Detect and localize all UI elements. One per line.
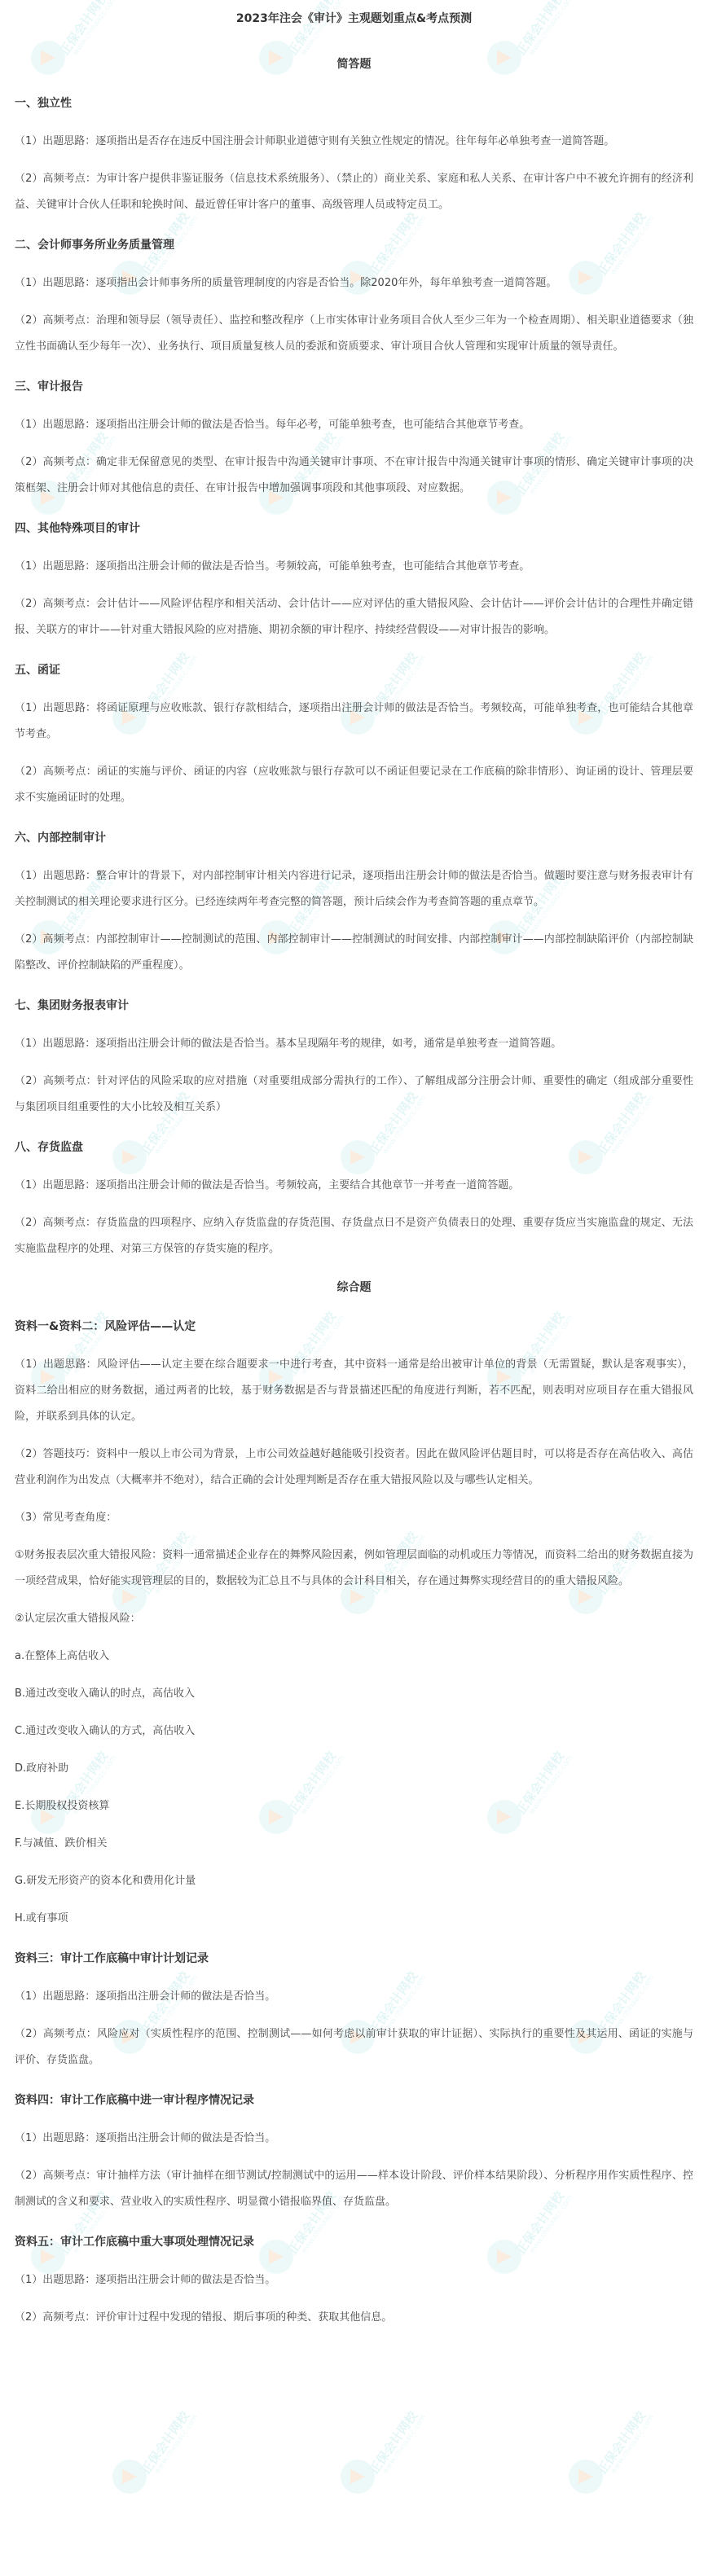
section-heading: 三、审计报告 [15, 378, 693, 394]
section-material-1-2: 资料一&资料二：风险评估——认定 （1）出题思路：风险评估——认定主要在综合题要… [15, 1318, 693, 1932]
paragraph: （1）出题思路：逐项指出注册会计师的做法是否恰当。 [15, 1984, 693, 2010]
section-material-4: 资料四：审计工作底稿中进一审计程序情况记录 （1）出题思路：逐项指出注册会计师的… [15, 2091, 693, 2215]
paragraph: （2）高频考点：风险应对（实质性程序的范围、控制测试——如何考虑以前审计获取的审… [15, 2021, 693, 2074]
watermark-logo-icon: 正保会计网校www.chinaacc.com [334, 2411, 456, 2500]
paragraph: （2）高频考点：内部控制审计——控制测试的范围、内部控制审计——控制测试的时间安… [15, 927, 693, 979]
watermark-logo-icon: 正保会计网校www.chinaacc.com [562, 2411, 684, 2500]
list-item: a.在整体上高估收入 [15, 1643, 693, 1670]
section-heading: 七、集团财务报表审计 [15, 997, 693, 1013]
section-heading: 四、其他特殊项目的审计 [15, 520, 693, 536]
section-heading: 二、会计师事务所业务质量管理 [15, 236, 693, 252]
section-heading: 五、函证 [15, 661, 693, 678]
section-confirmation: 五、函证 （1）出题思路：将函证原理与应收账款、银行存款相结合，逐项指出注册会计… [15, 661, 693, 811]
list-item: B.通过改变收入确认的时点，高估收入 [15, 1681, 693, 1707]
document-title: 2023年注会《审计》主观题划重点&考点预测 [15, 0, 693, 39]
section-internal-control: 六、内部控制审计 （1）出题思路：整合审计的背景下，对内部控制审计相关内容进行记… [15, 829, 693, 979]
list-item: G.研发无形资产的资本化和费用化计量 [15, 1868, 693, 1894]
assertion-risk-list: a.在整体上高估收入 B.通过改变收入确认的时点，高估收入 C.通过改变收入确认… [15, 1643, 693, 1932]
section-heading: 六、内部控制审计 [15, 829, 693, 845]
paragraph: （1）出题思路：逐项指出注册会计师的做法是否恰当。考频较高，可能单独考查，也可能… [15, 554, 693, 580]
article: 2023年注会《审计》主观题划重点&考点预测 简答题 一、独立性 （1）出题思路… [0, 0, 708, 2331]
section-heading: 资料一&资料二：风险评估——认定 [15, 1318, 693, 1334]
part-title: 综合题 [15, 1279, 693, 1295]
paragraph: （1）出题思路：逐项指出是否存在违反中国注册会计师职业道德守则有关独立性规定的情… [15, 129, 693, 155]
list-item: C.通过改变收入确认的方式，高估收入 [15, 1718, 693, 1744]
paragraph: （2）高频考点：评价审计过程中发现的错报、期后事项的种类、获取其他信息。 [15, 2305, 693, 2331]
section-quality-management: 二、会计师事务所业务质量管理 （1）出题思路：逐项指出会计师事务所的质量管理制度… [15, 236, 693, 360]
paragraph: （2）高频考点：治理和领导层（领导责任）、监控和整改程序（上市实体审计业务项目合… [15, 308, 693, 360]
list-item: F.与减值、跌价相关 [15, 1831, 693, 1857]
paragraph: ①财务报表层次重大错报风险：资料一通常描述企业存在的舞弊风险因素，例如管理层面临… [15, 1543, 693, 1595]
paragraph: （1）出题思路：逐项指出注册会计师的做法是否恰当。 [15, 2267, 693, 2293]
paragraph: （1）出题思路：将函证原理与应收账款、银行存款相结合，逐项指出注册会计师的做法是… [15, 696, 693, 748]
section-independence: 一、独立性 （1）出题思路：逐项指出是否存在违反中国注册会计师职业道德守则有关独… [15, 94, 693, 218]
paragraph: ②认定层次重大错报风险： [15, 1606, 693, 1632]
paragraph: （3）常见考查角度： [15, 1505, 693, 1531]
section-special-items: 四、其他特殊项目的审计 （1）出题思路：逐项指出注册会计师的做法是否恰当。考频较… [15, 520, 693, 643]
paragraph: （1）出题思路：整合审计的背景下，对内部控制审计相关内容进行记录，逐项指出注册会… [15, 863, 693, 915]
paragraph: （1）出题思路：逐项指出注册会计师的做法是否恰当。每年必考，可能单独考查，也可能… [15, 412, 693, 438]
section-inventory: 八、存货监盘 （1）出题思路：逐项指出注册会计师的做法是否恰当。考频较高，主要结… [15, 1139, 693, 1262]
part-short-answer: 简答题 一、独立性 （1）出题思路：逐项指出是否存在违反中国注册会计师职业道德守… [15, 55, 693, 1262]
section-heading: 资料五：审计工作底稿中重大事项处理情况记录 [15, 2233, 693, 2249]
paragraph: （1）出题思路：逐项指出会计师事务所的质量管理制度的内容是否恰当。除2020年外… [15, 270, 693, 296]
section-material-3: 资料三：审计工作底稿中审计计划记录 （1）出题思路：逐项指出注册会计师的做法是否… [15, 1950, 693, 2074]
paragraph: （1）出题思路：逐项指出注册会计师的做法是否恰当。 [15, 2126, 693, 2152]
section-material-5: 资料五：审计工作底稿中重大事项处理情况记录 （1）出题思路：逐项指出注册会计师的… [15, 2233, 693, 2331]
list-item: H.或有事项 [15, 1906, 693, 1932]
section-heading: 八、存货监盘 [15, 1139, 693, 1155]
paragraph: （1）出题思路：逐项指出注册会计师的做法是否恰当。考频较高，主要结合其他章节一并… [15, 1173, 693, 1199]
paragraph: （2）高频考点：会计估计——风险评估程序和相关活动、会计估计——应对评估的重大错… [15, 591, 693, 643]
section-heading: 一、独立性 [15, 94, 693, 111]
section-audit-report: 三、审计报告 （1）出题思路：逐项指出注册会计师的做法是否恰当。每年必考，可能单… [15, 378, 693, 502]
paragraph: （2）高频考点：为审计客户提供非鉴证服务（信息技术系统服务）、（禁止的）商业关系… [15, 166, 693, 218]
paragraph: （2）高频考点：确定非无保留意见的类型、在审计报告中沟通关键审计事项、不在审计报… [15, 450, 693, 502]
paragraph: （2）高频考点：存货监盘的四项程序、应纳入存货监盘的存货范围、存货盘点日不是资产… [15, 1210, 693, 1262]
section-heading: 资料三：审计工作底稿中审计计划记录 [15, 1950, 693, 1966]
paragraph: （2）高频考点：针对评估的风险采取的应对措施（对重要组成部分需执行的工作）、了解… [15, 1069, 693, 1121]
paragraph: （2）高频考点：函证的实施与评价、函证的内容（应收账款与银行存款可以不函证但要记… [15, 759, 693, 811]
paragraph: （1）出题思路：风险评估——认定主要在综合题要求一中进行考查，其中资料一通常是给… [15, 1352, 693, 1430]
part-title: 简答题 [15, 55, 693, 72]
section-group-audit: 七、集团财务报表审计 （1）出题思路：逐项指出注册会计师的做法是否恰当。基本呈现… [15, 997, 693, 1121]
paragraph: （1）出题思路：逐项指出注册会计师的做法是否恰当。基本呈现隔年考的规律，如考，通… [15, 1031, 693, 1057]
section-heading: 资料四：审计工作底稿中进一审计程序情况记录 [15, 2091, 693, 2108]
paragraph: （2）高频考点：审计抽样方法（审计抽样在细节测试/控制测试中的运用——样本设计阶… [15, 2163, 693, 2215]
list-item: D.政府补助 [15, 1756, 693, 1782]
paragraph: （2）答题技巧：资料中一般以上市公司为背景，上市公司效益越好越能吸引投资者。因此… [15, 1442, 693, 1494]
part-comprehensive: 综合题 资料一&资料二：风险评估——认定 （1）出题思路：风险评估——认定主要在… [15, 1279, 693, 2331]
watermark-logo-icon: 正保会计网校www.chinaacc.com [106, 2411, 228, 2500]
list-item: E.长期股权投资核算 [15, 1793, 693, 1819]
